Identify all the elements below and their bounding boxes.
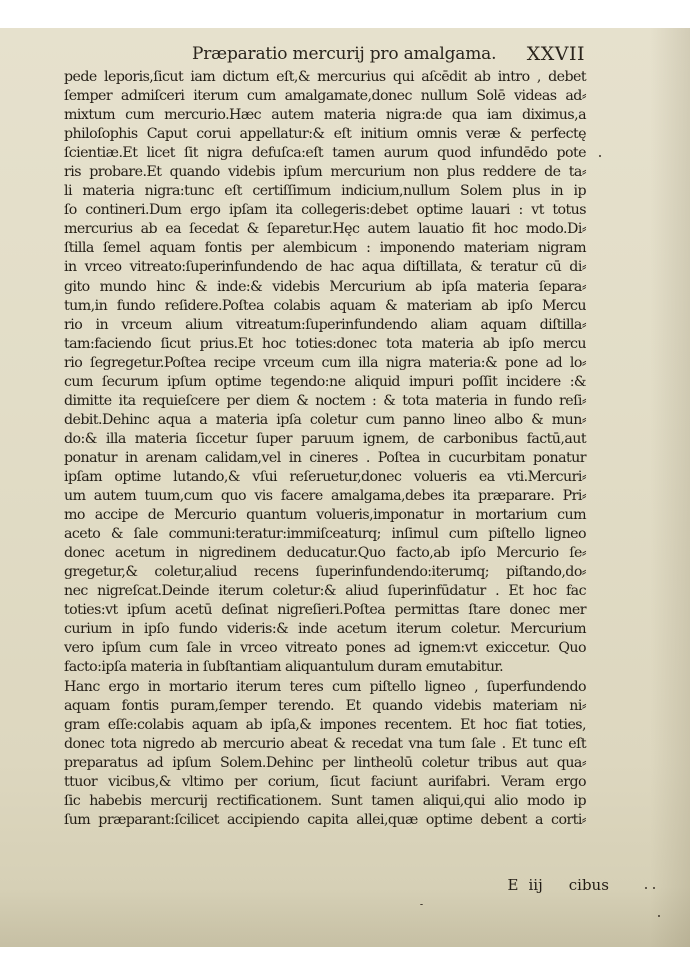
- text-line: ſemper admiſceri iterum cum amalgamate,d…: [64, 87, 586, 106]
- text-line: do:& illa materia ſiccetur ſuper paruum …: [64, 430, 586, 449]
- ink-speck: [420, 904, 423, 905]
- ink-speck: [653, 887, 655, 889]
- text-line: aceto & ſale communi:teratur:immiſceatur…: [64, 525, 586, 544]
- text-line: gito mundo hinc & inde:& videbis Mercuri…: [64, 278, 586, 297]
- text-line: dimitte ita requieſcere per diem & nocte…: [64, 392, 586, 411]
- text-line: preparatus ad ipſum Solem.Dehinc per lin…: [64, 754, 586, 773]
- page-footer: Eiijcibus: [498, 858, 609, 894]
- folio-number: XXVII: [527, 43, 585, 65]
- signature-number: iij: [529, 876, 543, 894]
- text-line: facto:ipſa materia in ſubſtantiam aliqua…: [64, 658, 586, 677]
- text-line: mercurius ab ea ſecedat & ſeparetur.Hęc …: [64, 220, 586, 239]
- text-line: toties:vt ipſum acetū deſinat nigreſieri…: [64, 601, 586, 620]
- text-line: li materia nigra:tunc eſt certiſſimum in…: [64, 182, 586, 201]
- text-line: donec acetum in nigredinem deducatur.Quo…: [64, 544, 586, 563]
- text-line: mo accipe de Mercurio quantum volueris,i…: [64, 506, 586, 525]
- text-line: um autem tuum,cum quo vis facere amalgam…: [64, 487, 586, 506]
- text-line: rio in vrceum alium vitreatum:ſuperinfun…: [64, 316, 586, 335]
- text-line: gregetur,& coletur,aliud recens ſuperinf…: [64, 563, 586, 582]
- text-line: ttuor vicibus,& vltimo per corium, ſicut…: [64, 773, 586, 792]
- text-line: curium in ipſo fundo videris:& inde acet…: [64, 620, 586, 639]
- text-line: ſo contineri.Dum ergo ipſam ita colleger…: [64, 201, 586, 220]
- catchword: cibus: [569, 876, 609, 894]
- text-line: in vrceo vitreato:ſuperinfundendo de hac…: [64, 258, 586, 277]
- text-line: ris probare.Et quando videbis ipſum merc…: [64, 163, 586, 182]
- text-line: aquam fontis puram,ſemper terendo. Et qu…: [64, 697, 586, 716]
- text-line: cum ſecurum ipſum optime tegendo:ne aliq…: [64, 373, 586, 392]
- text-line: tam:faciendo ſicut prius.Et hoc toties:d…: [64, 335, 586, 354]
- text-line: donec tota nigredo ab mercurio abeat & r…: [64, 735, 586, 754]
- ink-speck: [599, 155, 601, 157]
- text-line: philoſophis Caput corui appellatur:& eſt…: [64, 125, 586, 144]
- text-line: ipſam optime lutando,& vſui reſeruetur,d…: [64, 468, 586, 487]
- text-line: tum,in fundo reſidere.Poſtea colabis aqu…: [64, 297, 586, 316]
- text-line: ſum præparant:ſcilicet accipiendo capita…: [64, 811, 586, 830]
- signature-mark: E: [508, 876, 519, 894]
- running-title: Præparatio mercurij pro amalgama.: [192, 44, 496, 64]
- text-line: Hanc ergo in mortario iterum teres cum p…: [64, 678, 586, 697]
- body-text: pede leporis,ſicut iam dictum eſt,& merc…: [64, 68, 586, 830]
- text-line: gram eſſe:colabis aquam ab ipſa,& impone…: [64, 716, 586, 735]
- text-line: pede leporis,ſicut iam dictum eſt,& merc…: [64, 68, 586, 87]
- ink-speck: [645, 887, 647, 889]
- text-line: ſic habebis mercurij rectificationem. Su…: [64, 792, 586, 811]
- text-line: ponatur in arenam calidam,vel in cineres…: [64, 449, 586, 468]
- ink-speck: [658, 915, 660, 917]
- text-line: debit.Dehinc aqua a materia ipſa coletur…: [64, 411, 586, 430]
- text-line: nec nigreſcat.Deinde iterum coletur:& al…: [64, 582, 586, 601]
- text-line: ſcientiæ.Et licet ſit nigra defuſca:eſt …: [64, 144, 586, 163]
- text-line: mixtum cum mercurio.Hæc autem materia ni…: [64, 106, 586, 125]
- text-line: vero ipſum cum ſale in vrceo vitreato po…: [64, 639, 586, 658]
- text-line: ſtilla ſemel aquam fontis per alembicum …: [64, 239, 586, 258]
- text-line: rio ſegregetur.Poſtea recipe vrceum cum …: [64, 354, 586, 373]
- running-header: Præparatio mercurij pro amalgama. XXVII: [192, 44, 585, 70]
